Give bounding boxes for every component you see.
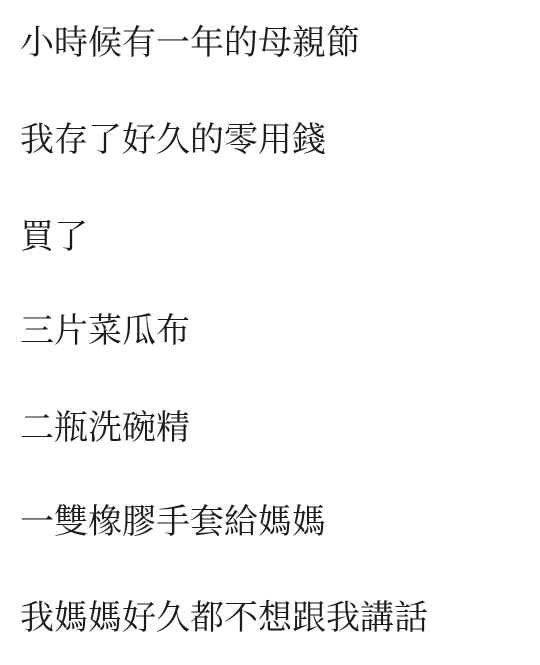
text-line: 我媽媽好久都不想跟我講話 <box>20 598 428 638</box>
text-line: 二瓶洗碗精 <box>20 408 190 448</box>
text-line: 三片菜瓜布 <box>20 311 190 351</box>
text-line: 我存了好久的零用錢 <box>20 120 326 160</box>
text-line: 買了 <box>20 217 88 257</box>
text-line: 一雙橡膠手套給媽媽 <box>20 502 326 542</box>
text-line: 小時候有一年的母親節 <box>20 23 360 63</box>
